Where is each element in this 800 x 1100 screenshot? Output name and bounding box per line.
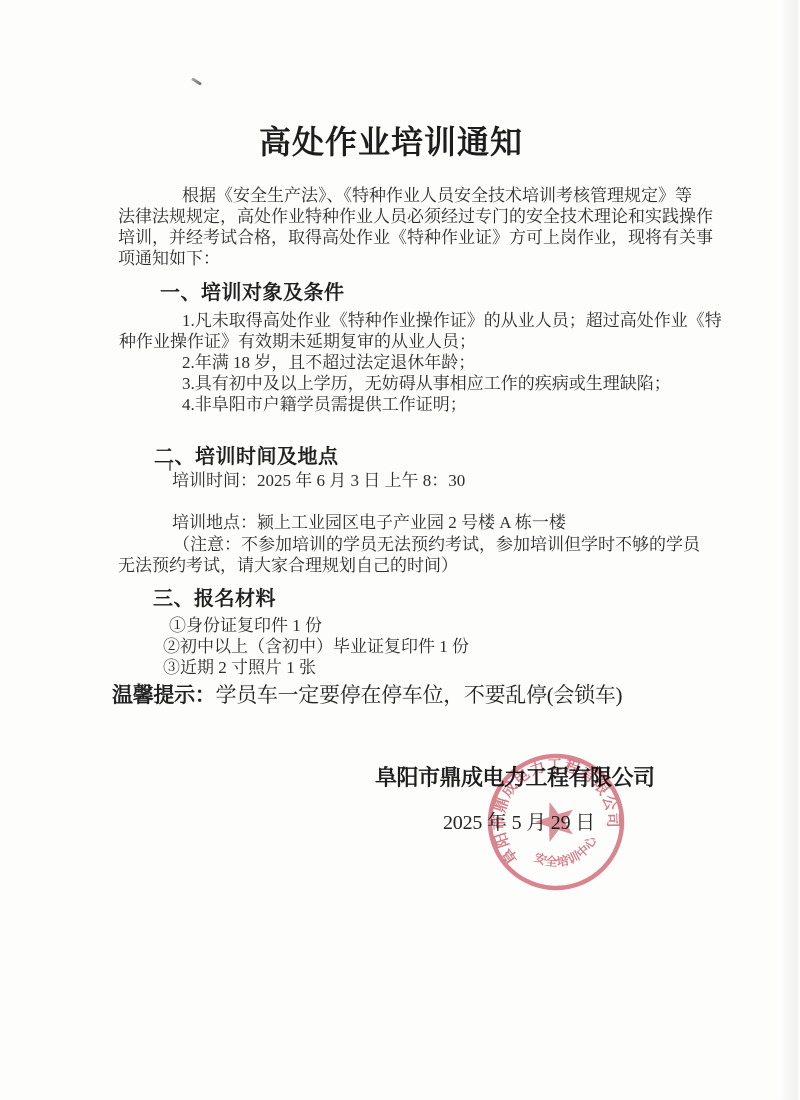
material-item: ①身份证复印件 1 份 xyxy=(169,615,322,636)
material-item: ②初中以上（含初中）毕业证复印件 1 份 xyxy=(163,636,469,657)
warm-tip-label: 温馨提示： xyxy=(112,684,216,707)
warm-tip-line: 温馨提示：学员车一定要停在停车位，不要乱停(会锁车) xyxy=(112,682,622,709)
section1-heading: 一、培训对象及条件 xyxy=(160,276,345,305)
intro-paragraph-line: 项通知如下： xyxy=(118,248,220,269)
pen-stroke-artifact xyxy=(191,77,202,85)
section1-item: 3.具有初中及以上学历，无妨碍从事相应工作的疾病或生理缺陷； xyxy=(182,373,671,394)
warm-tip-text: 学员车一定要停在停车位，不要乱停(会锁车) xyxy=(216,683,623,707)
document-title: 高处作业培训通知 xyxy=(118,117,664,163)
training-place-line: 培训地点：颍上工业园区电子产业园 2 号楼 A 栋一楼 xyxy=(172,512,566,533)
section3-heading: 三、报名材料 xyxy=(153,582,276,611)
material-item: ③近期 2 寸照片 1 张 xyxy=(163,657,316,678)
intro-paragraph-line: 法律法规规定，高处作业特种作业人员必须经过专门的安全技术理论和实践操作 xyxy=(118,206,713,227)
company-seal-stamp: 阜阳市鼎成电力工程有限公司 安全培训中心 xyxy=(476,742,636,902)
notice-line: 无法预约考试，请大家合理规划自己的时间） xyxy=(118,555,458,576)
section1-item: 种作业操作证》有效期未延期复审的从业人员； xyxy=(119,331,476,352)
scan-speck-artifact xyxy=(169,461,171,471)
section1-item: 1.凡未取得高处作业《特种作业操作证》的从业人员；超过高处作业《特 xyxy=(182,310,722,331)
training-time-line: 培训时间：2025 年 6 月 3 日 上午 8：30 xyxy=(172,470,465,491)
seal-bottom-text: 安全培训中心 xyxy=(528,830,604,878)
seal-star-icon xyxy=(530,796,580,845)
section1-item: 4.非阜阳市户籍学员需提供工作证明； xyxy=(182,394,467,415)
intro-paragraph-line: 根据《安全生产法》、《特种作业人员安全技术培训考核管理规定》等 xyxy=(182,185,692,206)
section2-heading: 二、培训时间及地点 xyxy=(154,440,339,469)
notice-line: （注意：不参加培训的学员无法预约考试，参加培训但学时不够的学员 xyxy=(173,534,700,555)
intro-paragraph-line: 培训，并经考试合格，取得高处作业《特种作业证》方可上岗作业，现将有关事 xyxy=(118,227,713,248)
seal-graphic: 阜阳市鼎成电力工程有限公司 安全培训中心 xyxy=(476,742,636,902)
section1-item: 2.年满 18 岁，且不超过法定退休年龄； xyxy=(182,352,475,373)
scanned-notice-page: 高处作业培训通知 根据《安全生产法》、《特种作业人员安全技术培训考核管理规定》等… xyxy=(0,0,800,1100)
